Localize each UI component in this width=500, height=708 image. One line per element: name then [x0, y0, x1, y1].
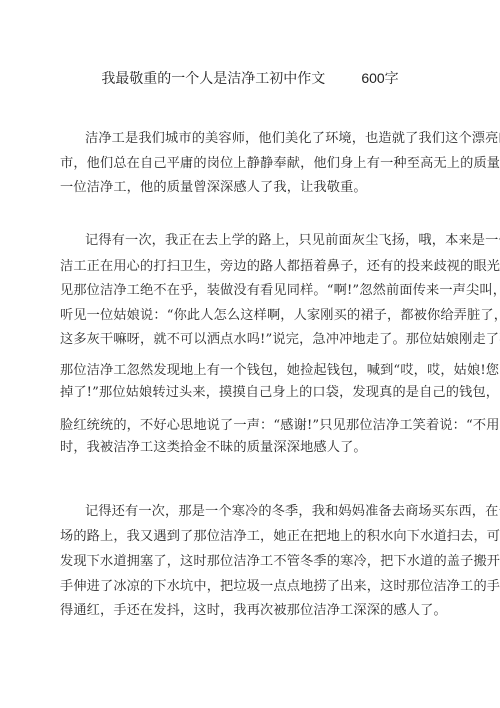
text-line: 记得有一次，我正在去上学的路上，只见前面灰尘飞扬，哦，本来是一位清 — [85, 229, 500, 248]
text-line: 记得还有一次，那是一个寒冷的冬季，我和妈妈准备去商场买东西，在去商 — [85, 500, 500, 519]
document-title: 我最敬重的一个人是洁净工初中作文600字 — [0, 68, 500, 88]
title-text: 我最敬重的一个人是洁净工初中作文 — [101, 71, 325, 87]
text-line: 一位洁净工，他的质量曾深深感人了我，让我敬重。 — [60, 176, 367, 195]
text-line: 洁工正在用心的打扫卫生，旁边的路人都捂着鼻子，还有的投来歧视的眼光。只 — [60, 255, 500, 274]
text-line: 市，他们总在自己平庸的岗位上静静奉献，他们身上有一种至高无上的质量。有 — [60, 152, 500, 171]
text-line: 时，我被洁净工这类拾金不昧的质量深深地感人了。 — [60, 436, 367, 455]
text-line: 发现下水道拥塞了，这时那位洁净工不管冬季的寒冷，把下水道的盖子搬开，把 — [60, 550, 500, 569]
text-line: 得通红，手还在发抖，这时，我再次被那位洁净工深深的感人了。 — [60, 599, 447, 618]
text-line: 洁净工是我们城市的美容师，他们美化了环境，也造就了我们这个漂亮的城 — [85, 127, 500, 146]
text-line: 这多灰干嘛呀，就不可以洒点水吗!”说完，急冲冲地走了。那位姑娘刚走了不远， — [60, 328, 500, 347]
text-line: 掉了!”那位姑娘转过头来，摸摸自己身上的口袋，发现真的是自己的钱包， — [60, 381, 499, 400]
text-line: 手伸进了冰凉的下水坑中，把垃圾一点点地捞了出来，这时那位洁净工的手被冻 — [60, 575, 500, 594]
text-line: 那位洁净工忽然发现地上有一个钱包，她捡起钱包，喊到“哎，哎，姑娘!您的钱包 — [60, 359, 500, 378]
word-count: 600字 — [361, 70, 398, 86]
text-line: 脸红统统的，不好心思地说了一声：“感谢!”只见那位洁净工笑着说：“不用谢!”这 — [60, 414, 500, 433]
text-line: 场的路上，我又遇到了那位洁净工，她正在把地上的积水向下水道扫去，可忽然 — [60, 525, 500, 544]
text-line: 见那位洁净工绝不在乎，装做没有看见同样。“啊!”忽然前面传来一声尖叫，只 — [60, 279, 500, 298]
text-line: 听见一位姑娘说：“你此人怎么这样啊，人家刚买的裙子，都被你给弄脏了，扫 — [60, 304, 500, 323]
